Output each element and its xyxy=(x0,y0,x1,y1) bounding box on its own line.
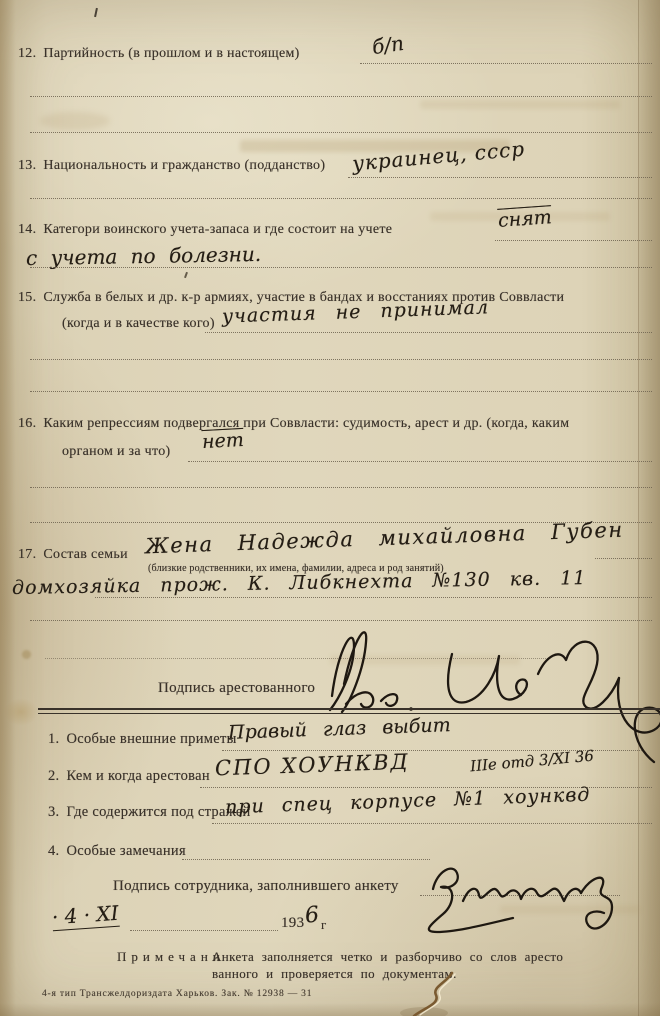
field-number: 13. xyxy=(18,158,36,173)
form-line xyxy=(205,332,652,333)
handwritten-value-14-line2: с учета по болезни. xyxy=(26,242,261,270)
field-number: 17. xyxy=(18,547,36,562)
field-number: 1. xyxy=(48,731,59,747)
form-line xyxy=(30,198,652,199)
field-2-arrested-by: 2.Кем и когда арестован xyxy=(48,768,210,785)
field-label: Особые внешние приметы xyxy=(66,731,236,747)
form-line xyxy=(360,63,652,64)
field-number: 16. xyxy=(18,416,36,431)
handwritten-value-17-line2: домхозяйка прож. К. Либкнехта №130 кв. 1… xyxy=(12,567,587,599)
field-4-remarks: 4.Особые замечания xyxy=(48,843,186,860)
field-16-sublabel: органом и за что) xyxy=(62,444,171,460)
handwritten-value-16: нет xyxy=(201,429,244,453)
bleed-through-ghost xyxy=(420,100,620,109)
field-label: Кем и когда арестован xyxy=(66,768,209,784)
printed-year-prefix: 193 xyxy=(281,915,304,932)
page-left-edge-shading xyxy=(0,0,16,1016)
pen-mark xyxy=(94,8,98,17)
field-12-partiinost: 12.Партийность (в прошлом и в настоящем) xyxy=(18,46,300,62)
form-line xyxy=(30,487,652,488)
form-line xyxy=(182,859,430,860)
handwritten-date-day: · 4 · XI xyxy=(51,901,119,932)
field-14-military: 14.Категори воинского учета-запаса и где… xyxy=(18,222,392,238)
form-line xyxy=(595,558,652,559)
form-line xyxy=(95,597,652,598)
handwritten-value-14: снят xyxy=(497,206,552,232)
page-bottom-shadow xyxy=(0,1003,660,1016)
field-1-marks: 1.Особые внешние приметы xyxy=(48,731,237,748)
officer-signature-label: Подпись сотрудника, заполнившего анкету xyxy=(113,878,399,895)
field-number: 15. xyxy=(18,290,36,305)
officer-signature: Баранников xyxy=(415,843,660,943)
form-line xyxy=(30,132,652,133)
field-label: Партийность (в прошлом и в настоящем) xyxy=(43,46,299,61)
paper-tear xyxy=(390,973,500,1016)
form-line xyxy=(348,177,652,178)
note-line1: Анкета заполняется четко и разборчиво со… xyxy=(212,949,563,965)
form-line xyxy=(130,930,278,931)
field-15-sublabel: (когда и в качестве кого) xyxy=(62,316,215,332)
field-number: 3. xyxy=(48,804,59,820)
field-label: Национальность и гражданство (подданство… xyxy=(43,158,325,173)
section-divider xyxy=(38,708,660,714)
paper-stain xyxy=(4,698,38,726)
field-number: 4. xyxy=(48,843,59,859)
handwritten-year-digit: 6 xyxy=(304,902,321,928)
field-label: Особые замечания xyxy=(66,843,185,859)
handwritten-value-12: б/п xyxy=(370,31,405,59)
paper-stain xyxy=(40,112,110,130)
field-16-repressions: 16.Каким репрессиям подвергался при Совв… xyxy=(18,416,569,432)
form-line xyxy=(495,240,652,241)
printed-year-suffix: г xyxy=(321,917,327,933)
field-label: Состав семьи xyxy=(43,547,127,562)
field-number: 14. xyxy=(18,222,36,237)
handwritten-value-17: Жена Надежда михайловна Губен xyxy=(145,518,624,559)
note-label: Примечани xyxy=(117,949,225,965)
form-line xyxy=(30,96,652,97)
pen-mark xyxy=(184,272,188,278)
form-line xyxy=(30,267,652,268)
field-17-family: 17.Состав семьи xyxy=(18,547,128,563)
field-label: Категори воинского учета-запаса и где со… xyxy=(43,222,392,237)
field-13-nationality: 13.Национальность и гражданство (подданс… xyxy=(18,158,325,174)
paper-stain xyxy=(22,650,31,659)
field-label: Каким репрессиям подвергался при Соввлас… xyxy=(43,416,569,431)
form-line xyxy=(30,359,652,360)
form-line xyxy=(188,461,652,462)
form-line xyxy=(212,823,652,824)
field-3-custody: 3.Где содержится под стражей xyxy=(48,804,251,821)
field-label: Где содержится под стражей xyxy=(66,804,250,820)
form-line xyxy=(30,391,652,392)
printer-imprint: 4-я тип Трансжелдориздата Харьков. Зак. … xyxy=(42,989,312,999)
field-number: 12. xyxy=(18,46,36,61)
arrest-questionnaire-scan: 12.Партийность (в прошлом и в настоящем)… xyxy=(0,0,660,1016)
field-number: 2. xyxy=(48,768,59,784)
